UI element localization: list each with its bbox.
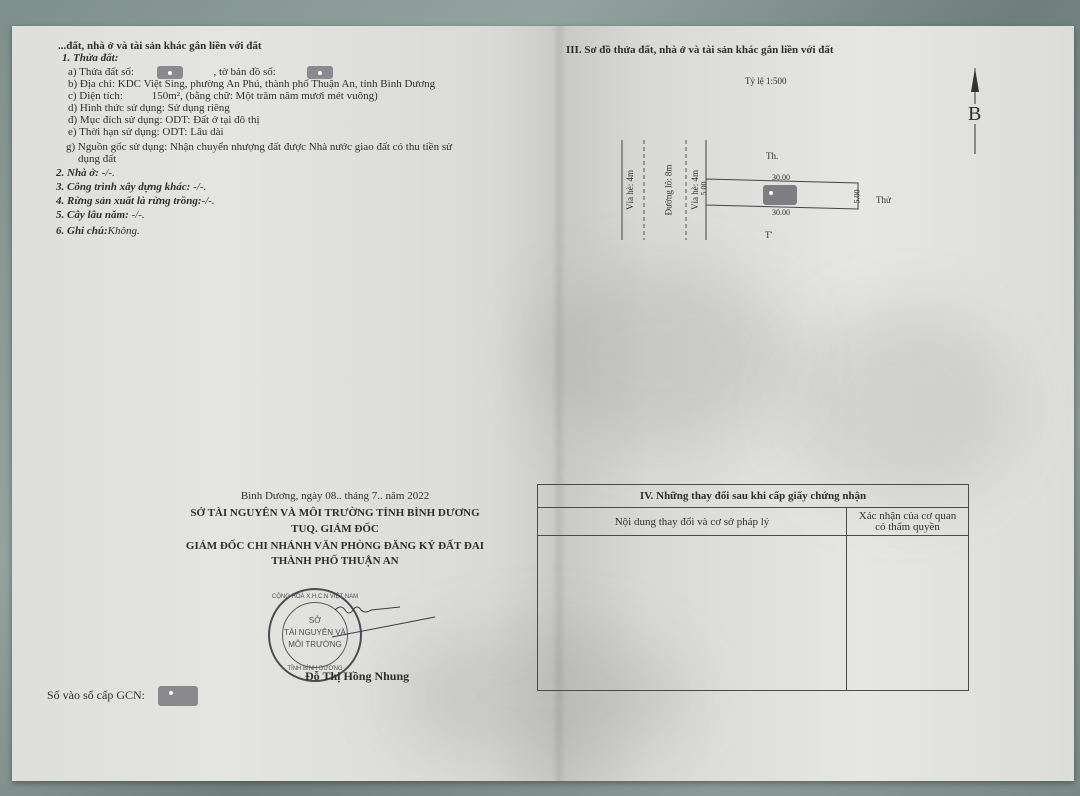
neighbor-north: Th. <box>766 150 778 162</box>
section-other-construction: 3. Công trình xây dựng khác: -/-. <box>56 181 206 193</box>
neighbor-east: Thử <box>876 194 891 206</box>
item-origin: g) Nguồn gốc sử dụng: Nhận chuyển nhượng… <box>66 141 452 153</box>
item-area: c) Diện tích: 150m², (bằng chữ: Một trăm… <box>68 90 378 102</box>
north-label: B <box>968 104 981 124</box>
signing-date: Bình Dương, ngày 08.. tháng 7.. năm 2022 <box>150 490 520 502</box>
item-usage-purpose: đ) Mục đích sử dụng: ODT: Đất ở tại đô t… <box>68 114 260 126</box>
change-content-cell <box>538 536 847 691</box>
column-authority-confirmation: Xác nhận của cơ quan có thẩm quyền <box>847 508 969 536</box>
section-house: 2. Nhà ở: -/-. <box>56 167 115 179</box>
road-label-sidewalk-east: Vỉa hè: 4m <box>690 170 700 210</box>
section-heading: ...đất, nhà ở và tài sản khác gắn liền v… <box>58 40 262 52</box>
shadow <box>792 306 1012 506</box>
changes-table-title: IV. Những thay đổi sau khi cấp giấy chứn… <box>538 485 969 508</box>
column-change-content: Nội dung thay đổi và cơ sở pháp lý <box>538 508 847 536</box>
issuing-office: GIÁM ĐỐC CHI NHÁNH VĂN PHÒNG ĐĂNG KÝ ĐẤT… <box>150 540 520 552</box>
signer-name: Đỗ Thị Hồng Nhung <box>305 670 409 682</box>
map-scale: Tỷ lệ 1:500 <box>745 75 787 87</box>
section-plantation-forest: 4. Rừng sản xuất là rừng trồng:-/-. <box>56 195 215 207</box>
section3-title: III. Sơ đồ thửa đất, nhà ở và tài sản kh… <box>566 44 834 56</box>
issuing-city: THÀNH PHỐ THUẬN AN <box>150 555 520 567</box>
item-origin-line2: dụng đất <box>78 153 116 165</box>
changes-table: IV. Những thay đổi sau khi cấp giấy chứn… <box>537 484 969 691</box>
authorization-line: TUQ. GIÁM ĐỐC <box>150 523 520 535</box>
item-usage-term: e) Thời hạn sử dụng: ODT: Lâu dài <box>68 126 224 138</box>
width-right: 5.00 <box>853 190 862 204</box>
section1-title: 1. Thửa đất: <box>62 52 118 64</box>
road-label-sidewalk-west: Vỉa hè: 4m <box>625 170 635 210</box>
signature-scribble <box>330 595 440 645</box>
length-top: 30.00 <box>772 172 790 184</box>
gcn-entry: Số vào sổ cấp GCN: <box>47 686 198 706</box>
shadow <box>532 266 792 446</box>
road-label-street: Đường lô: 8m <box>663 165 673 216</box>
issuing-department: SỞ TÀI NGUYÊN VÀ MÔI TRƯỜNG TỈNH BÌNH DƯ… <box>150 507 520 519</box>
length-bottom: 30.00 <box>772 207 790 219</box>
width-left: 5.00 <box>700 182 709 196</box>
item-address: b) Địa chỉ: KDC Việt Sing, phường An Phú… <box>68 78 435 90</box>
authority-confirmation-cell <box>847 536 969 691</box>
redacted-gcn-number <box>158 686 198 706</box>
item-usage-form: d) Hình thức sử dụng: Sử dụng riêng <box>68 102 230 114</box>
neighbor-south: T' <box>765 229 772 241</box>
section-notes: 6. Ghi chú:Không. <box>56 225 140 237</box>
section-perennial-trees: 5. Cây lâu năm: -/-. <box>56 209 145 221</box>
